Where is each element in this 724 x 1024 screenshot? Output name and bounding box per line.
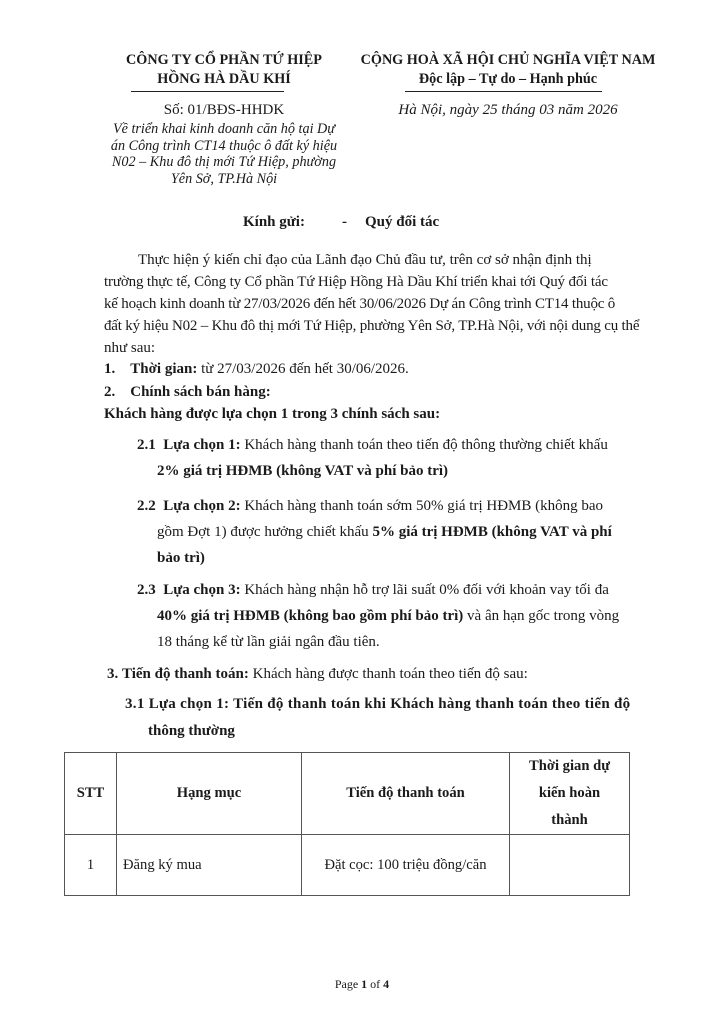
section-3: 3. Tiến độ thanh toán: Khách hàng được t… <box>107 666 528 683</box>
option-2-line1: 2.2 Lựa chọn 2: Khách hàng thanh toán sớ… <box>137 498 603 515</box>
section-1: 1.Thời gian: từ 27/03/2026 đến hết 30/06… <box>104 361 409 378</box>
table-header-row: STT Hạng mục Tiến độ thanh toán Thời gia… <box>65 753 630 835</box>
section-2: 2.Chính sách bán hàng: <box>104 384 271 401</box>
company-underline <box>131 91 284 92</box>
header-line: Thời gian dự <box>516 753 623 780</box>
section-text: Khách hàng được thanh toán theo tiến độ … <box>249 666 528 682</box>
document-number: Số: 01/BĐS-HHDK <box>96 102 352 119</box>
document-subject: Về triển khai kinh doanh căn hộ tại Dự á… <box>90 121 358 187</box>
subject-line: án Công trình CT14 thuộc ô đất ký hiệu <box>90 138 358 155</box>
section-number: 2. <box>104 384 115 400</box>
option-highlight: 5% giá trị HĐMB (không VAT và phí <box>372 524 611 540</box>
option-1-line2: 2% giá trị HĐMB (không VAT và phí bảo tr… <box>157 463 448 480</box>
page-footer: Page 1 of 4 <box>0 977 724 992</box>
option-text: Khách hàng thanh toán theo tiến độ thông… <box>241 437 608 453</box>
intro-line: trường thực tế, Công ty Cổ phần Tứ Hiệp … <box>104 274 608 291</box>
motto-underline <box>405 91 602 92</box>
option-number: 2.2 <box>137 498 156 514</box>
recipient-name: Quý đối tác <box>365 214 439 231</box>
intro-line: như sau: <box>104 340 155 357</box>
option-3-line3: 18 tháng kể từ lần giải ngân đầu tiên. <box>157 634 380 651</box>
section-number: 3. <box>107 666 118 682</box>
option-text: gồm Đợt 1) được hưởng chiết khấu <box>157 524 372 540</box>
section-3-1-line1: 3.1 Lựa chọn 1: Tiến độ thanh toán khi K… <box>125 696 630 713</box>
cell-completion-time <box>510 835 630 896</box>
section-label: Tiến độ thanh toán: <box>122 666 249 682</box>
option-label: Lựa chọn 3: <box>163 582 240 598</box>
footer-of: of <box>367 977 383 991</box>
company-name-line2: HỒNG HÀ DẦU KHÍ <box>96 69 352 89</box>
option-2-line2: gồm Đợt 1) được hưởng chiết khấu 5% giá … <box>157 524 612 541</box>
option-label: Lựa chọn 2: <box>163 498 240 514</box>
header-line: kiến hoàn <box>516 780 623 807</box>
option-3-line1: 2.3 Lựa chọn 3: Khách hàng nhận hỗ trợ l… <box>137 582 609 599</box>
section-label: Thời gian: <box>130 361 197 377</box>
subject-line: Về triển khai kinh doanh căn hộ tại Dự <box>90 121 358 138</box>
footer-prefix: Page <box>335 977 361 991</box>
total-pages: 4 <box>383 977 389 991</box>
nation-title: CỘNG HOÀ XÃ HỘI CHỦ NGHĨA VIỆT NAM <box>340 50 676 70</box>
payment-schedule-table: STT Hạng mục Tiến độ thanh toán Thời gia… <box>64 752 630 896</box>
table-row: 1 Đăng ký mua Đặt cọc: 100 triệu đồng/că… <box>65 835 630 896</box>
col-header-completion-time: Thời gian dự kiến hoàn thành <box>510 753 630 835</box>
option-number: 2.1 <box>137 437 156 453</box>
option-label: Lựa chọn 1: <box>163 437 240 453</box>
section-number: 1. <box>104 361 115 377</box>
col-header-stt: STT <box>65 753 117 835</box>
subject-line: N02 – Khu đô thị mới Tứ Hiệp, phường <box>90 154 358 171</box>
nation-motto: Độc lập – Tự do – Hạnh phúc <box>340 69 676 89</box>
place-date: Hà Nội, ngày 25 tháng 03 năm 2026 <box>340 102 676 119</box>
intro-line: đất ký hiệu N02 – Khu đô thị mới Tứ Hiệp… <box>104 318 639 335</box>
cell-progress: Đặt cọc: 100 triệu đồng/căn <box>302 835 510 896</box>
option-number: 2.3 <box>137 582 156 598</box>
intro-line: Thực hiện ý kiến chỉ đạo của Lãnh đạo Ch… <box>138 252 592 269</box>
option-text: Khách hàng thanh toán sớm 50% giá trị HĐ… <box>241 498 603 514</box>
col-header-item: Hạng mục <box>117 753 302 835</box>
option-highlight: 40% giá trị HĐMB (không bao gồm phí bảo … <box>157 608 463 624</box>
header-line: thành <box>516 807 623 834</box>
cell-item: Đăng ký mua <box>117 835 302 896</box>
recipient-label: Kính gửi: <box>243 214 305 231</box>
col-header-progress: Tiến độ thanh toán <box>302 753 510 835</box>
section-3-1-line2: thông thường <box>148 723 235 740</box>
section-label: Chính sách bán hàng: <box>130 384 270 400</box>
recipient-dash: - <box>342 214 347 231</box>
intro-line: kế hoạch kinh doanh từ 27/03/2026 đến hế… <box>104 296 615 313</box>
option-text: và ân hạn gốc trong vòng <box>463 608 619 624</box>
choose-policy-line: Khách hàng được lựa chọn 1 trong 3 chính… <box>104 406 440 423</box>
option-1-line1: 2.1 Lựa chọn 1: Khách hàng thanh toán th… <box>137 437 608 454</box>
subject-line: Yên Sở, TP.Hà Nội <box>90 171 358 188</box>
section-text: từ 27/03/2026 đến hết 30/06/2026. <box>197 361 408 377</box>
company-name-line1: CÔNG TY CỔ PHẦN TỨ HIỆP <box>96 50 352 70</box>
option-text: Khách hàng nhận hỗ trợ lãi suất 0% đối v… <box>241 582 609 598</box>
option-2-line3: bảo trì) <box>157 550 205 567</box>
option-3-line2: 40% giá trị HĐMB (không bao gồm phí bảo … <box>157 608 619 625</box>
cell-stt: 1 <box>65 835 117 896</box>
